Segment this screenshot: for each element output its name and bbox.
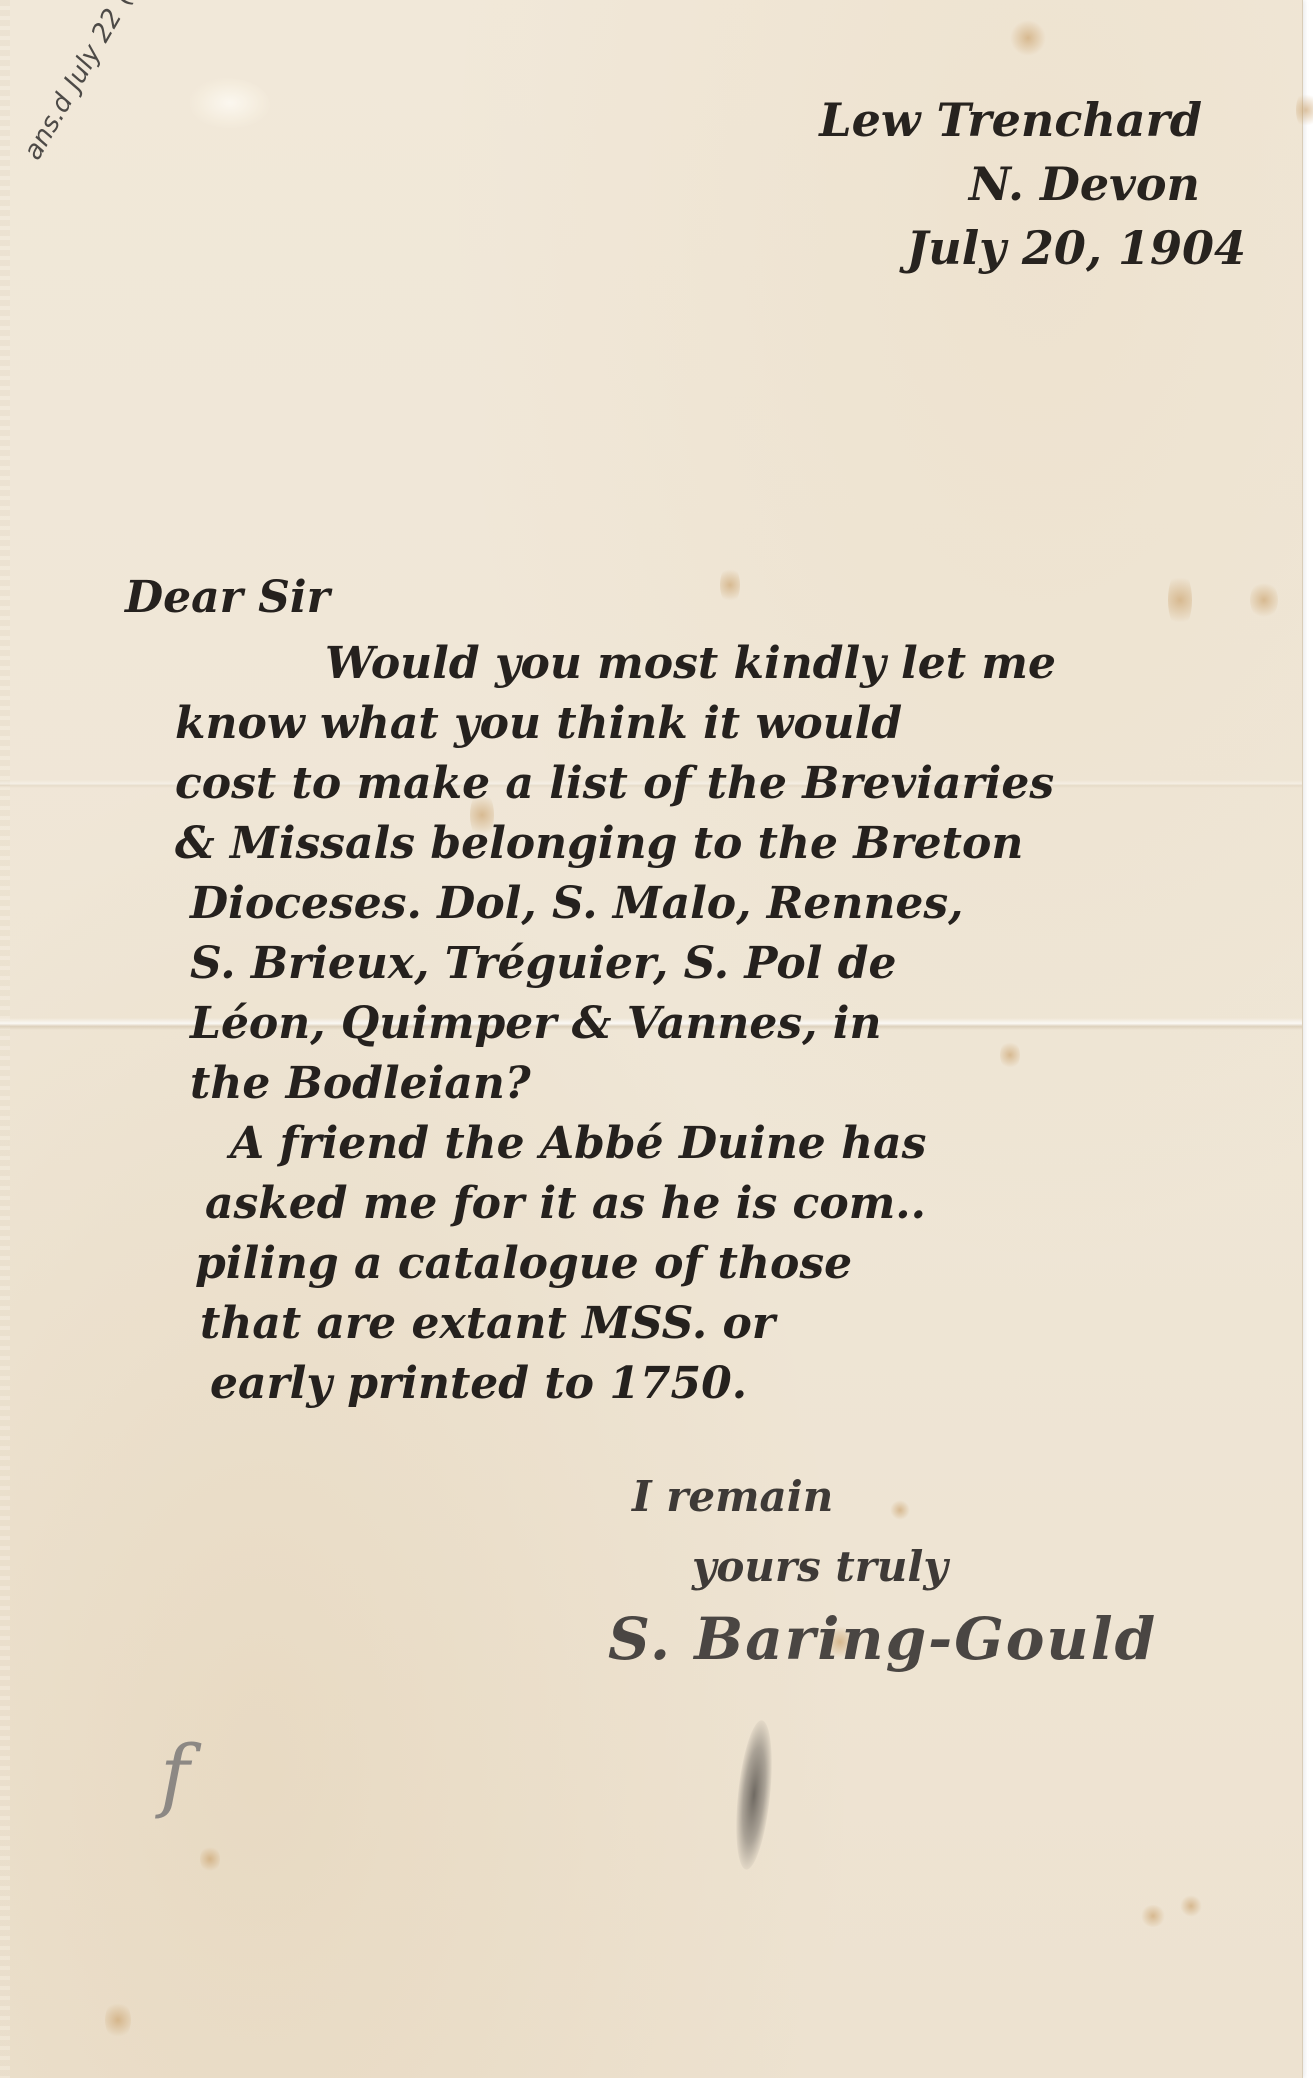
foxing-stain — [1010, 20, 1046, 56]
address-county: N. Devon — [819, 152, 1200, 216]
body-line: Would you most kindly let me — [125, 634, 1265, 694]
annotation-answered: ans.d — [18, 89, 79, 165]
foxing-stain — [200, 1845, 220, 1873]
body-line: & Missals belonging to the Breton — [125, 814, 1265, 874]
body-line: Dioceses. Dol, S. Malo, Rennes, — [125, 874, 1265, 934]
foxing-stain — [105, 2000, 131, 2040]
salutation: Dear Sir — [125, 568, 1265, 628]
closing-block: I remain yours truly — [632, 1462, 948, 1602]
reply-annotation: ans.d July 22 (3/-) — [18, 0, 161, 165]
page-edge — [0, 0, 10, 2078]
address-block: Lew Trenchard N. Devon July 20, 1904 — [819, 88, 1212, 280]
body-line: A friend the Abbé Duine has — [125, 1114, 1265, 1174]
paper-tear — [190, 78, 270, 128]
annotation-date: July 22 — [58, 4, 128, 95]
signature: S. Baring-Gould — [608, 1605, 1157, 1673]
letter-date: July 20, 1904 — [819, 216, 1246, 280]
body-line: cost to make a list of the Breviaries — [125, 754, 1265, 814]
body-line: Léon, Quimper & Vannes, in — [125, 994, 1265, 1054]
body-line: the Bodleian? — [125, 1054, 1265, 1114]
closing-remain: I remain — [632, 1462, 948, 1532]
body-line: know what you think it would — [125, 694, 1265, 754]
letter-page: ans.d July 22 (3/-) Lew Trenchard N. Dev… — [0, 0, 1302, 2078]
body-line: that are extant MSS. or — [125, 1294, 1265, 1354]
foxing-stain — [1140, 1905, 1166, 1927]
annotation-price: (3/-) — [107, 0, 160, 10]
foxing-stain — [1296, 90, 1313, 130]
closing-yours: yours truly — [632, 1532, 948, 1602]
body-line: asked me for it as he is com.. — [125, 1174, 1265, 1234]
ink-smudge — [730, 1719, 778, 1872]
foxing-stain — [1180, 1895, 1202, 1917]
body-line: piling a catalogue of those — [125, 1234, 1265, 1294]
letter-body: Dear Sir Would you most kindly let me kn… — [125, 568, 1265, 1414]
body-line: early printed to 1750. — [125, 1354, 1265, 1414]
address-place: Lew Trenchard — [819, 88, 1202, 152]
body-line: S. Brieux, Tréguier, S. Pol de — [125, 934, 1265, 994]
pencil-mark: f — [160, 1728, 190, 1821]
